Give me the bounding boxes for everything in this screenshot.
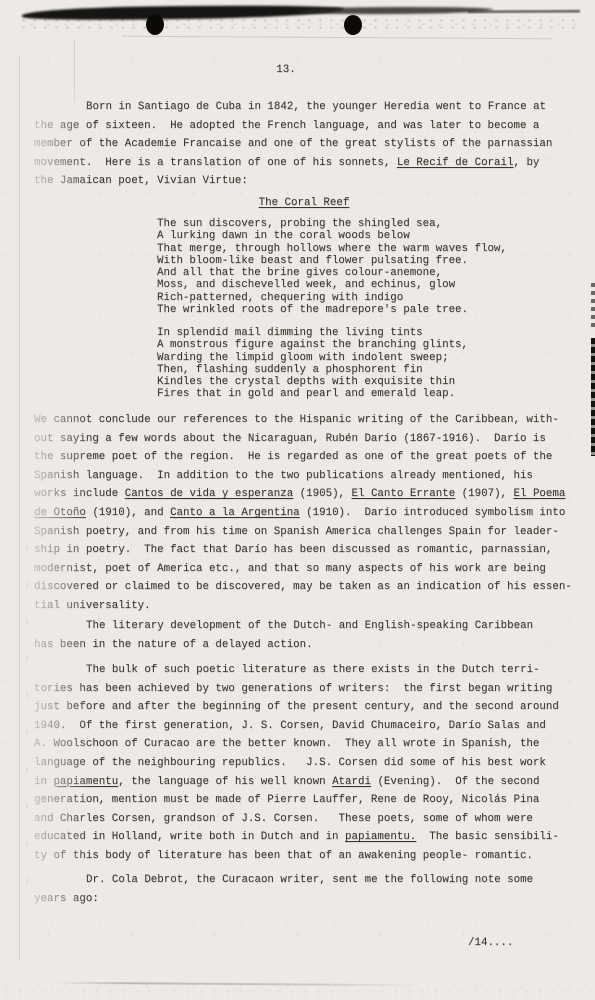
text-line: The literary development of the Dutch- a… xyxy=(34,617,586,636)
text-line: member of the Academie Francaise and one… xyxy=(34,135,586,154)
text-line: Dr. Cola Debrot, the Curacaon writer, se… xyxy=(34,871,586,890)
text-line: A monstrous figure against the branching… xyxy=(157,339,468,351)
text-line: years ago: xyxy=(34,890,586,909)
text-line: Fires that in gold and pearl and emerald… xyxy=(157,388,468,400)
page-continuation-mark: /14.... xyxy=(468,937,513,949)
text-line: and Charles Corsen, grandson of J.S. Cor… xyxy=(34,810,586,829)
text-line: The bulk of such poetic literature as th… xyxy=(34,661,586,680)
paper-fold-line xyxy=(55,982,420,987)
scan-edge-dashes xyxy=(591,283,595,329)
text-line: works include Cantos de vida y esperanza… xyxy=(34,485,586,504)
underlined-text: El Poema xyxy=(514,488,566,500)
text-line: Warding the limpid gloom with indolent s… xyxy=(157,352,468,364)
text-line: Spanish language. In addition to the two… xyxy=(34,467,586,486)
underlined-text: papiamentu. xyxy=(345,831,416,843)
text-line: With bloom-like beast and flower pulsati… xyxy=(157,255,507,267)
underlined-text: Canto a la Argentina xyxy=(170,507,300,519)
underlined-text: Atardi xyxy=(332,776,371,788)
text-line: Rich-patterned, chequering with indigo xyxy=(157,292,507,304)
text-line: Then, flashing suddenly a phosphorent fi… xyxy=(157,364,468,376)
text-line: Moss, and dischevelled week, and echinus… xyxy=(157,279,507,291)
text-line: Born in Santiago de Cuba in 1842, the yo… xyxy=(34,98,586,117)
text-line: de Otoño (1910), and Canto a la Argentin… xyxy=(34,504,586,523)
text-line: 1940. Of the first generation, J. S. Cor… xyxy=(34,717,586,736)
scan-edge-dashes xyxy=(591,338,595,456)
text-line: Kindles the crystal depths with exquisit… xyxy=(157,376,468,388)
text-line: educated in Holland, write both in Dutch… xyxy=(34,828,586,847)
paragraph-heredia: Born in Santiago de Cuba in 1842, the yo… xyxy=(34,98,586,191)
text-line: just before and after the beginning of t… xyxy=(34,698,586,717)
underlined-text: Le Recif de Corail xyxy=(397,157,514,169)
text-line: That merge, through hollows where the wa… xyxy=(157,243,507,255)
paragraph-dutch-territories: The bulk of such poetic literature as th… xyxy=(34,661,586,866)
page-number: 13. xyxy=(0,64,572,76)
text-line: Spanish poetry, and from his time on Spa… xyxy=(34,523,586,542)
poem-stanza-1: The sun discovers, probing the shingled … xyxy=(157,218,507,316)
text-line: ty of this body of literature has been t… xyxy=(34,847,586,866)
text-line: generation, mention must be made of Pier… xyxy=(34,791,586,810)
text-line: We cannot conclude our references to the… xyxy=(34,411,586,430)
text-line: out saying a few words about the Nicarag… xyxy=(34,430,586,449)
scan-noise-band xyxy=(0,988,595,1000)
paragraph-debrot: Dr. Cola Debrot, the Curacaon writer, se… xyxy=(34,871,586,908)
text-line: The sun discovers, probing the shingled … xyxy=(157,218,507,230)
text-line: modernist, poet of America etc., and tha… xyxy=(34,560,586,579)
text-line: In splendid mail dimming the living tint… xyxy=(157,327,468,339)
text-line: tial universality. xyxy=(34,597,586,616)
underlined-text: El Canto Errante xyxy=(352,488,456,500)
hole-punch-mark-left xyxy=(146,14,164,35)
underlined-text: The Coral Reef xyxy=(259,197,350,209)
torn-edge-mark xyxy=(298,6,493,14)
scanned-document-page: 13. Born in Santiago de Cuba in 1842, th… xyxy=(0,0,595,1000)
text-line: language of the neighbouring republics. … xyxy=(34,754,586,773)
text-line: the supreme poet of the region. He is re… xyxy=(34,448,586,467)
text-line: The wrinkled roots of the madrepore's pa… xyxy=(157,304,507,316)
underlined-text: Cantos de vida y esperanza xyxy=(125,488,293,500)
scan-fade-overlay xyxy=(20,88,92,923)
text-line: has been in the nature of a delayed acti… xyxy=(34,636,586,655)
text-line: tories has been achieved by two generati… xyxy=(34,680,586,699)
paragraph-dario: We cannot conclude our references to the… xyxy=(34,411,586,616)
text-line: ship in poetry. The fact that Darío has … xyxy=(34,541,586,560)
scan-noise-band xyxy=(16,16,576,30)
text-line: in papiamentu, the language of his well … xyxy=(34,773,586,792)
text-line: And all that the brine gives colour-anem… xyxy=(157,267,507,279)
paragraph-literary-development: The literary development of the Dutch- a… xyxy=(34,617,586,654)
text-line: the age of sixteen. He adopted the Frenc… xyxy=(34,117,586,136)
paper-edge-outline xyxy=(122,36,552,40)
text-line: discovered or claimed to be discovered, … xyxy=(34,578,586,597)
torn-edge-mark xyxy=(468,10,580,14)
text-line: the Jamaican poet, Vivian Virtue: xyxy=(34,172,586,191)
text-line: movement. Here is a translation of one o… xyxy=(34,154,586,173)
text-line: A. Woolschoon of Curacao are the better … xyxy=(34,735,586,754)
text-line: A lurking dawn in the coral woods below xyxy=(157,230,507,242)
poem-stanza-2: In splendid mail dimming the living tint… xyxy=(157,327,468,401)
hole-punch-mark-right xyxy=(344,15,362,35)
